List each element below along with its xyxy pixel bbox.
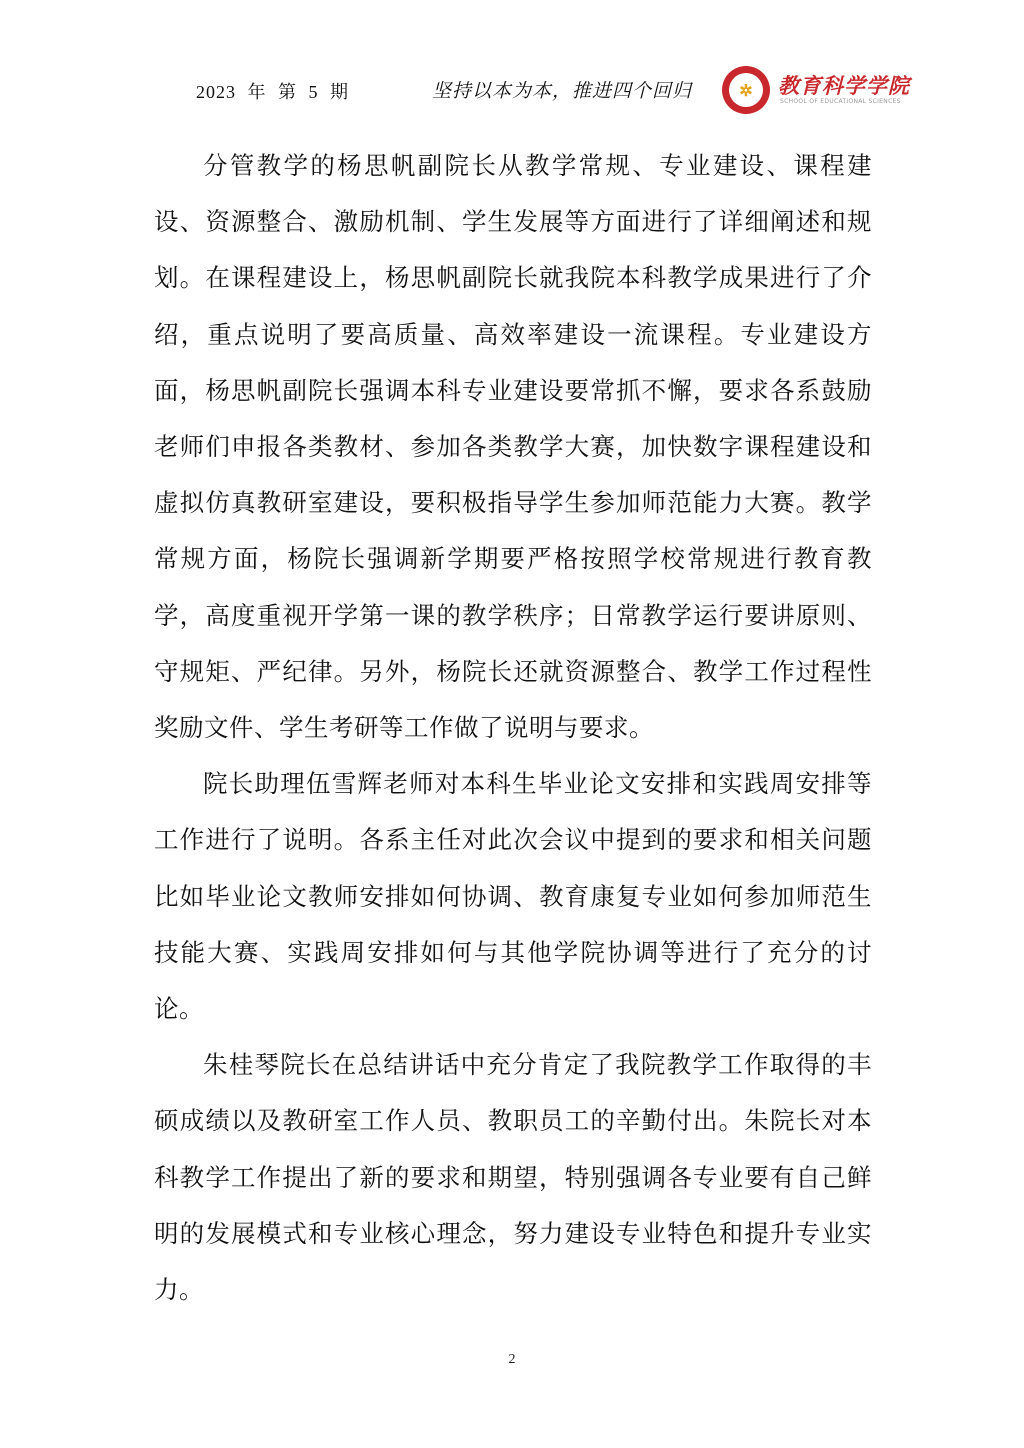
paragraph: 院长助理伍雪辉老师对本科生毕业论文安排和实践周安排等工作进行了说明。各系主任对此… (154, 756, 872, 1037)
page-number: 2 (0, 1352, 1024, 1368)
motto-text: 坚持以本为本，推进四个回归 (432, 76, 692, 103)
paragraph: 朱桂琴院长在总结讲话中充分肯定了我院教学工作取得的丰硕成绩以及教研室工作人员、教… (154, 1037, 872, 1318)
school-emblem-icon: ✲ (722, 66, 770, 114)
article-body: 分管教学的杨思帆副院长从教学常规、专业建设、课程建设、资源整合、激励机制、学生发… (154, 138, 872, 1318)
page-header: 2023 年 第 5 期 坚持以本为本，推进四个回归 ✲ 教育科学学院 SCHO… (0, 60, 1024, 120)
issue-label: 2023 年 第 5 期 (196, 78, 349, 104)
school-logo: ✲ 教育科学学院 SCHOOL OF EDUCATIONAL SCIENCES (722, 64, 912, 116)
paragraph: 分管教学的杨思帆副院长从教学常规、专业建设、课程建设、资源整合、激励机制、学生发… (154, 138, 872, 756)
school-name-cn: 教育科学学院 (778, 70, 910, 100)
school-name-en: SCHOOL OF EDUCATIONAL SCIENCES (780, 98, 901, 105)
emblem-center-icon: ✲ (729, 73, 763, 107)
